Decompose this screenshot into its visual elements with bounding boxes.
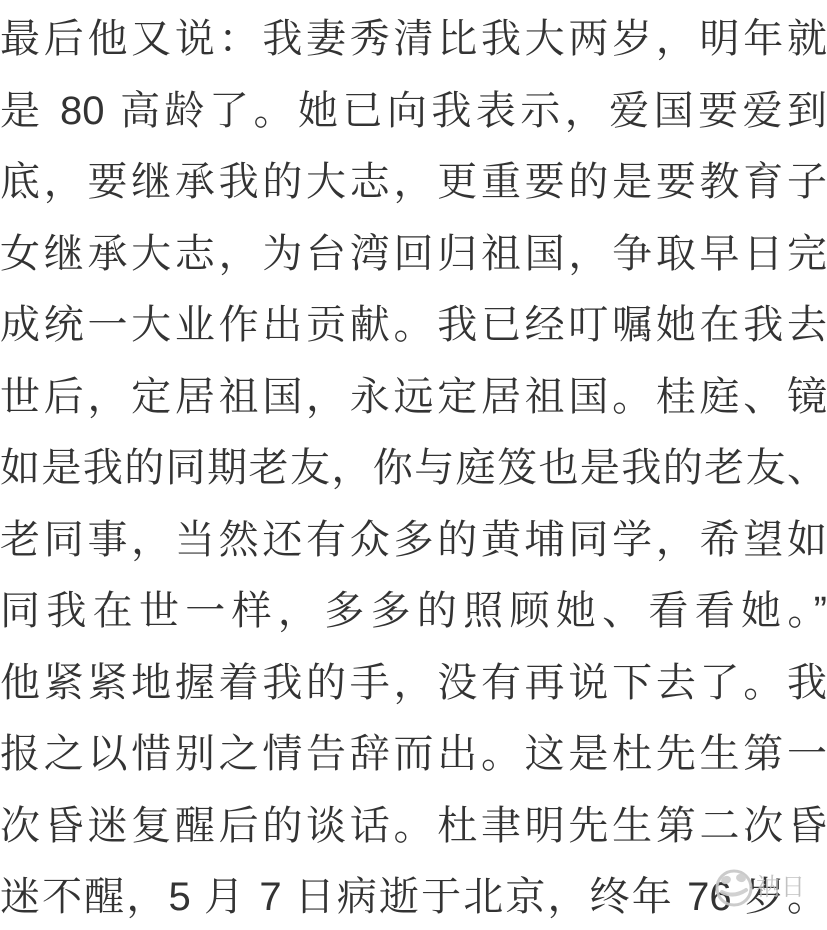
article-line: 底，要继承我的大志，更重要的是要教育子: [0, 147, 827, 219]
article-line: 世后，定居祖国，永远定居祖国。桂庭、镜: [0, 362, 827, 434]
article-line: 他紧紧地握着我的手，没有再说下去了。我: [0, 648, 827, 720]
article-line: 老同事，当然还有众多的黄埔同学，希望如: [0, 505, 827, 577]
article-line: 最后他又说：我妻秀清比我大两岁，明年就: [0, 4, 827, 76]
article-line: 是 80 高龄了。她已向我表示，爱国要爱到: [0, 76, 827, 148]
article-line: 成统一大业作出贡献。我已经叮嘱她在我去: [0, 290, 827, 362]
article-line: 迷不醒，5 月 7 日病逝于北京，终年 76 岁。: [0, 862, 827, 930]
article-line: 女继承大志，为台湾回归祖国，争取早日完: [0, 219, 827, 291]
article-line: 同我在世一样，多多的照顾她、看看她。”: [0, 576, 827, 648]
article-text: 最后他又说：我妻秀清比我大两岁，明年就 是 80 高龄了。她已向我表示，爱国要爱…: [0, 4, 827, 930]
article-line: 如是我的同期老友，你与庭笈也是我的老友、: [0, 433, 827, 505]
article-line: 次昏迷复醒后的谈话。杜聿明先生第二次昏: [0, 791, 827, 863]
article-line: 报之以惜别之情告辞而出。这是杜先生第一: [0, 719, 827, 791]
